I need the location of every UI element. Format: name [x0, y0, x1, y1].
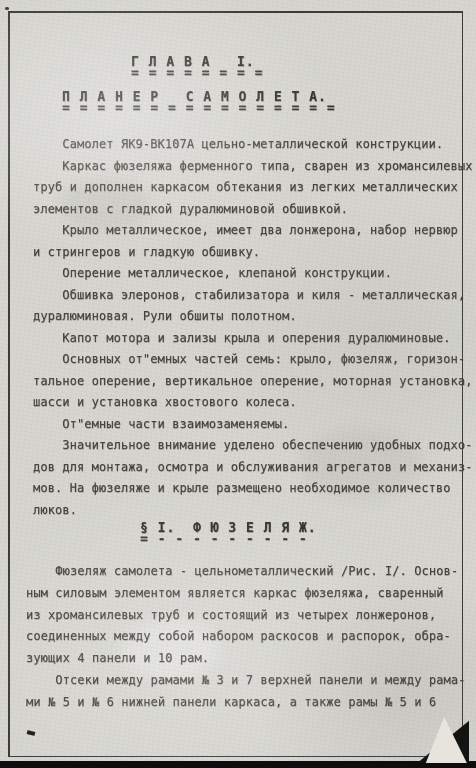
scanned-document-page: Г Л А В А I. = = = = = = = = П Л А Н Е Р… [0, 0, 476, 768]
fuselage-paragraphs: Фюзеляж самолета - цельнометаллический /… [26, 561, 465, 714]
section-heading-underline: = - - - - - - - - - [140, 532, 308, 547]
document-main-title-underline: = = = = = = = = = = = = = = = = [62, 101, 336, 116]
chapter-title-underline: = = = = = = = = [131, 66, 263, 81]
intro-paragraphs: Самолет ЯК9-ВК107А цельно-металлической … [33, 134, 472, 521]
page-corner-fold [415, 715, 469, 763]
scan-edge-bar [0, 761, 476, 768]
scan-speck [5, 7, 9, 10]
